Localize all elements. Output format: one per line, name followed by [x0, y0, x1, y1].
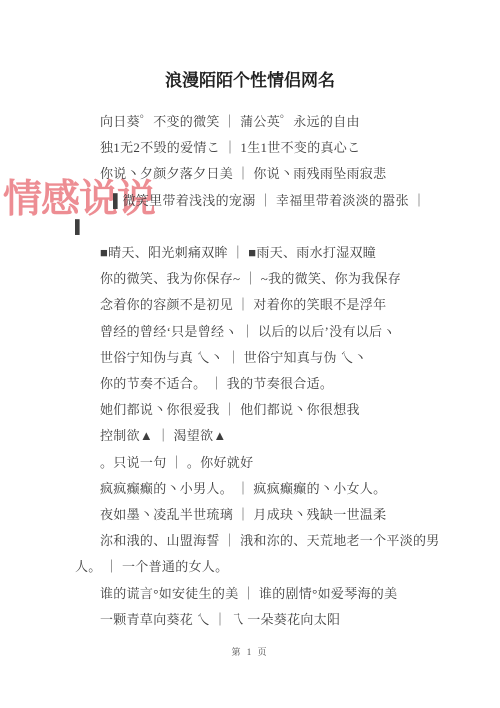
list-line: 疯疯癫癫的丶小男人。 ｜ 疯疯癫癫的丶小女人。 [100, 476, 470, 502]
list-line: ▌ [75, 214, 470, 240]
list-line: 夜如墨丶凌乱半世琉璃 ｜ 月成玦丶残缺一世温柔 [100, 502, 470, 528]
list-line: 人。 ｜ 一个普通的女人。 [75, 554, 470, 580]
list-line: 你的微笑、我为你保存~ ｜ ~我的微笑、你为我保存 [100, 266, 470, 292]
list-line: 。只说一句 ｜ 。你好就好 [100, 450, 470, 476]
page-number: 第 1 页 [0, 645, 500, 658]
list-line: 向日葵゜不变的微笑 ｜ 蒲公英゜永远的自由 [100, 109, 470, 135]
list-line: 控制欲▲ ｜ 渴望欲▲ [100, 423, 470, 449]
page-title: 浪漫陌陌个性情侣网名 [0, 71, 500, 91]
list-line: 你的节奏不适合。 ｜ 我的节奏很合适。 [100, 371, 470, 397]
list-line: 独1无2不毁的爱情こ ｜ 1生1世不变的真心こ [100, 135, 470, 161]
list-line: 世俗宁知伪与真 乀丶 ｜ 世俗宁知真与伪 乀丶 [100, 345, 470, 371]
list-line: 她们都说丶你很爱我 ｜ 他们都说丶你很想我 [100, 397, 470, 423]
list-line: 沵和涐的、山盟海誓 ｜ 涐和沵的、天荒地老一个平淡的男 [100, 528, 470, 554]
list-line: 念着你的容颜不是初见 ｜ 对着你的笑眼不是浮年 [100, 292, 470, 318]
list-line: ■晴天、阳光刺痛双眸 ｜ ■雨天、雨水打湿双瞳 [100, 240, 470, 266]
document-page: 情感说说 浪漫陌陌个性情侣网名 向日葵゜不变的微笑 ｜ 蒲公英゜永远的自由独1无… [0, 0, 500, 708]
list-line: ▌微笑里带着浅浅的宠溺 ｜ 幸福里带着淡淡的嚣张 ｜ [113, 188, 470, 214]
list-line: 一颗青草向葵花 乀 ｜ 乁 一朵葵花向太阳 [100, 607, 470, 633]
nickname-list: 向日葵゜不变的微笑 ｜ 蒲公英゜永远的自由独1无2不毁的爱情こ ｜ 1生1世不变… [0, 109, 500, 633]
list-line: 曾经的曾经‘只是曾经ヽ ｜ 以后的以后’没有以后ヽ [100, 319, 470, 345]
list-line: 你说丶夕颜夕落夕日美 ｜ 你说丶雨残雨坠雨寂悲 [100, 161, 470, 187]
list-line: 谁的谎言°如安徒生的美 ｜ 谁的剧情°如爱琴海的美 [100, 581, 470, 607]
